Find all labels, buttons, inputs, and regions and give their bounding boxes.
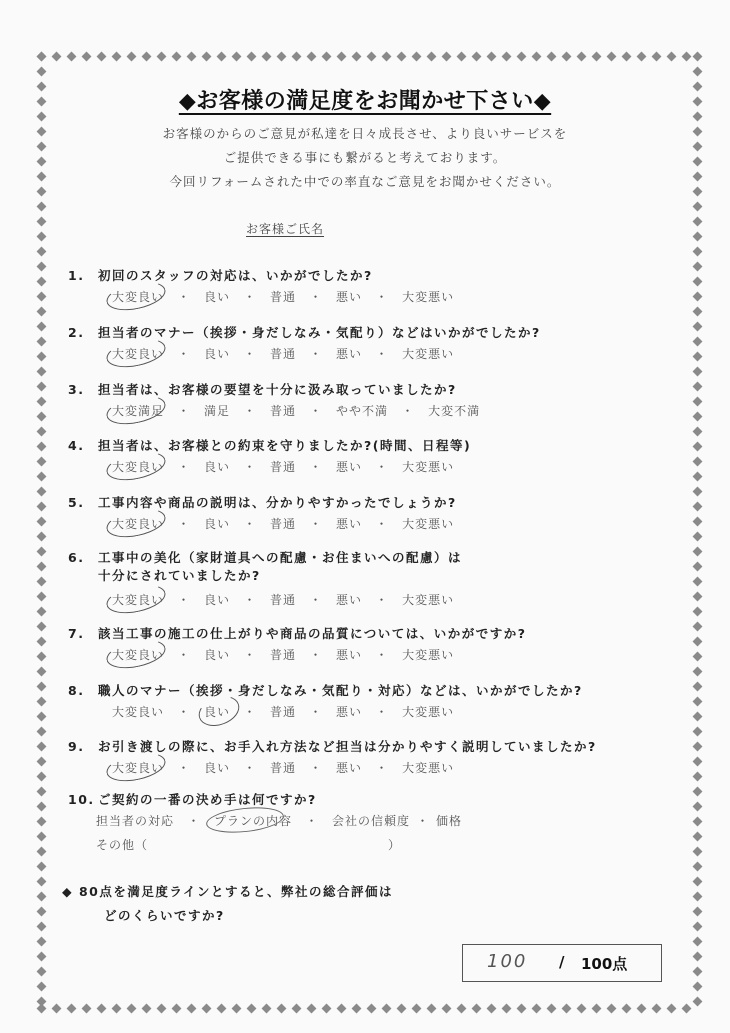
- rating-option[interactable]: 悪い: [336, 458, 362, 475]
- intro-line-1: お客様のからのご意見が私達を日々成長させ、より良いサービスを: [0, 124, 730, 142]
- border-diamond-icon: [693, 412, 703, 422]
- border-diamond-icon: [97, 1004, 107, 1014]
- border-diamond-icon: [592, 1004, 602, 1014]
- border-diamond-icon: [547, 52, 557, 62]
- rating-option[interactable]: 良い: [204, 646, 230, 663]
- rating-option[interactable]: 悪い: [336, 288, 362, 305]
- border-bottom: [34, 1001, 694, 1016]
- separator: ・: [230, 759, 270, 776]
- border-diamond-icon: [352, 1004, 362, 1014]
- rating-option[interactable]: 大変良い: [112, 759, 164, 776]
- separator: ・: [362, 458, 402, 475]
- rating-option[interactable]: 良い: [204, 515, 230, 532]
- border-diamond-icon: [37, 337, 47, 347]
- border-diamond-icon: [367, 1004, 377, 1014]
- border-diamond-icon: [37, 352, 47, 362]
- border-diamond-icon: [37, 757, 47, 767]
- border-diamond-icon: [457, 1004, 467, 1014]
- border-diamond-icon: [37, 547, 47, 557]
- border-top: [34, 49, 694, 64]
- border-diamond-icon: [693, 982, 703, 992]
- question-text: 初回のスタッフの対応は、いかがでしたか?: [98, 268, 373, 283]
- separator: ・: [230, 591, 270, 608]
- rating-option[interactable]: 悪い: [336, 345, 362, 362]
- rating-option[interactable]: 悪い: [336, 703, 362, 720]
- rating-option[interactable]: 大変不満: [428, 402, 480, 419]
- rating-option[interactable]: 普通: [270, 345, 296, 362]
- border-diamond-icon: [37, 697, 47, 707]
- question-3-options: 大変満足・満足・普通・やや不満・大変不満: [112, 402, 480, 419]
- rating-option[interactable]: 普通: [270, 759, 296, 776]
- rating-option[interactable]: 大変良い: [112, 591, 164, 608]
- border-diamond-icon: [277, 1004, 287, 1014]
- border-diamond-icon: [693, 682, 703, 692]
- border-diamond-icon: [693, 217, 703, 227]
- other-close: ）: [388, 836, 401, 853]
- question-number: 4.: [68, 438, 98, 453]
- border-diamond-icon: [37, 577, 47, 587]
- border-diamond-icon: [142, 52, 152, 62]
- border-diamond-icon: [172, 1004, 182, 1014]
- question-10-other: その他（ ）: [96, 836, 401, 853]
- border-diamond-icon: [693, 622, 703, 632]
- separator: ・: [164, 515, 204, 532]
- border-diamond-icon: [82, 52, 92, 62]
- separator: ・: [230, 345, 270, 362]
- border-diamond-icon: [187, 52, 197, 62]
- option-plan-content[interactable]: プランの内容: [214, 812, 292, 829]
- border-diamond-icon: [37, 592, 47, 602]
- border-diamond-icon: [232, 52, 242, 62]
- border-diamond-icon: [307, 52, 317, 62]
- border-diamond-icon: [693, 607, 703, 617]
- border-diamond-icon: [292, 52, 302, 62]
- rating-option[interactable]: 大変良い: [112, 646, 164, 663]
- border-diamond-icon: [693, 397, 703, 407]
- separator: ・: [296, 759, 336, 776]
- rating-option[interactable]: やや不満: [336, 402, 388, 419]
- border-diamond-icon: [693, 562, 703, 572]
- rating-option[interactable]: 良い: [204, 591, 230, 608]
- border-diamond-icon: [232, 1004, 242, 1014]
- question-1-options: 大変良い・良い・普通・悪い・大変悪い: [112, 288, 454, 305]
- border-diamond-icon: [37, 877, 47, 887]
- separator: ・: [296, 345, 336, 362]
- border-diamond-icon: [247, 1004, 257, 1014]
- border-diamond-icon: [693, 997, 703, 1007]
- separator: ・: [164, 402, 204, 419]
- separator: ・: [296, 591, 336, 608]
- page-title: ◆お客様の満足度をお聞かせ下さい◆: [0, 84, 730, 115]
- rating-option[interactable]: 普通: [270, 646, 296, 663]
- border-diamond-icon: [37, 712, 47, 722]
- border-diamond-icon: [693, 262, 703, 272]
- separator: ・: [164, 646, 204, 663]
- border-diamond-icon: [172, 52, 182, 62]
- rating-option[interactable]: 大変満足: [112, 402, 164, 419]
- border-diamond-icon: [37, 997, 47, 1007]
- question-number: 7.: [68, 626, 98, 641]
- question-3: 3.担当者は、お客様の要望を十分に汲み取っていましたか?: [68, 380, 457, 398]
- separator: ・: [296, 288, 336, 305]
- border-diamond-icon: [693, 202, 703, 212]
- question-6: 6.工事中の美化（家財道具への配慮・お住まいへの配慮）は十分にされていましたか?: [68, 548, 462, 584]
- border-diamond-icon: [307, 1004, 317, 1014]
- question-text: 該当工事の施工の仕上がりや商品の品質については、いかがですか?: [98, 626, 527, 641]
- intro-line-3: 今回リフォームされた中での率直なご意見をお聞かせください。: [0, 172, 730, 190]
- border-diamond-icon: [517, 52, 527, 62]
- border-diamond-icon: [322, 52, 332, 62]
- separator: ・: [164, 345, 204, 362]
- separator: ・: [164, 591, 204, 608]
- border-diamond-icon: [442, 1004, 452, 1014]
- rating-option[interactable]: 大変良い: [112, 703, 164, 720]
- separator: ・: [230, 458, 270, 475]
- rating-option[interactable]: 大変良い: [112, 288, 164, 305]
- border-diamond-icon: [693, 817, 703, 827]
- border-diamond-icon: [37, 487, 47, 497]
- score-box: 100 / 100点: [462, 944, 662, 982]
- separator: ・: [164, 759, 204, 776]
- question-8: 8.職人のマナー（挨拶・身だしなみ・気配り・対応）などは、いかがでしたか?: [68, 681, 583, 699]
- border-diamond-icon: [37, 412, 47, 422]
- border-diamond-icon: [693, 922, 703, 932]
- question-number: 10.: [68, 792, 98, 807]
- border-diamond-icon: [693, 502, 703, 512]
- border-diamond-icon: [667, 1004, 677, 1014]
- border-diamond-icon: [693, 652, 703, 662]
- question-8-options: 大変良い・良い・普通・悪い・大変悪い: [112, 703, 454, 720]
- rating-option[interactable]: 満足: [204, 402, 230, 419]
- border-diamond-icon: [37, 457, 47, 467]
- question-4-options: 大変良い・良い・普通・悪い・大変悪い: [112, 458, 454, 475]
- border-diamond-icon: [202, 52, 212, 62]
- rating-option[interactable]: 良い: [204, 703, 230, 720]
- border-diamond-icon: [693, 802, 703, 812]
- border-diamond-icon: [607, 1004, 617, 1014]
- separator: ・: [296, 646, 336, 663]
- border-diamond-icon: [693, 877, 703, 887]
- border-diamond-icon: [472, 52, 482, 62]
- rating-option[interactable]: 良い: [204, 458, 230, 475]
- separator: ・: [362, 345, 402, 362]
- border-diamond-icon: [487, 52, 497, 62]
- border-diamond-icon: [607, 52, 617, 62]
- rating-option[interactable]: 悪い: [336, 591, 362, 608]
- separator: ・: [362, 288, 402, 305]
- border-diamond-icon: [693, 247, 703, 257]
- rating-option[interactable]: 普通: [270, 515, 296, 532]
- border-diamond-icon: [37, 307, 47, 317]
- border-diamond-icon: [693, 322, 703, 332]
- question-text-cont: 十分にされていましたか?: [68, 566, 462, 584]
- rating-option[interactable]: 普通: [270, 591, 296, 608]
- border-diamond-icon: [577, 1004, 587, 1014]
- separator: ・: [388, 402, 428, 419]
- border-diamond-icon: [37, 682, 47, 692]
- border-diamond-icon: [427, 52, 437, 62]
- border-diamond-icon: [37, 817, 47, 827]
- question-text: 担当者は、お客様との約束を守りましたか?(時間、日程等): [98, 438, 471, 453]
- border-diamond-icon: [37, 232, 47, 242]
- border-diamond-icon: [52, 1004, 62, 1014]
- border-diamond-icon: [37, 937, 47, 947]
- separator: ・: [230, 402, 270, 419]
- question-text: お引き渡しの際に、お手入れ方法など担当は分かりやすく説明していましたか?: [98, 739, 597, 754]
- border-diamond-icon: [37, 202, 47, 212]
- rating-option[interactable]: 大変良い: [112, 458, 164, 475]
- question-text: 職人のマナー（挨拶・身だしなみ・気配り・対応）などは、いかがでしたか?: [98, 683, 583, 698]
- border-diamond-icon: [562, 52, 572, 62]
- border-diamond-icon: [693, 892, 703, 902]
- rating-option[interactable]: 大変良い: [112, 515, 164, 532]
- border-diamond-icon: [37, 727, 47, 737]
- border-diamond-icon: [37, 442, 47, 452]
- border-diamond-icon: [67, 52, 77, 62]
- border-diamond-icon: [667, 52, 677, 62]
- border-diamond-icon: [693, 352, 703, 362]
- border-diamond-icon: [37, 472, 47, 482]
- border-diamond-icon: [693, 862, 703, 872]
- border-left: [34, 49, 49, 1009]
- rating-option[interactable]: 大変悪い: [402, 515, 454, 532]
- border-right: [690, 49, 705, 1009]
- rating-option[interactable]: 良い: [204, 759, 230, 776]
- border-diamond-icon: [157, 52, 167, 62]
- border-diamond-icon: [693, 427, 703, 437]
- border-diamond-icon: [693, 697, 703, 707]
- border-diamond-icon: [693, 67, 703, 77]
- border-diamond-icon: [37, 397, 47, 407]
- border-diamond-icon: [693, 952, 703, 962]
- border-diamond-icon: [427, 1004, 437, 1014]
- border-diamond-icon: [37, 427, 47, 437]
- question-number: 8.: [68, 683, 98, 698]
- border-diamond-icon: [37, 292, 47, 302]
- border-diamond-icon: [37, 607, 47, 617]
- score-total: 100点: [581, 953, 627, 974]
- border-diamond-icon: [382, 1004, 392, 1014]
- border-diamond-icon: [652, 52, 662, 62]
- rating-option[interactable]: 普通: [270, 703, 296, 720]
- rating-option[interactable]: 普通: [270, 288, 296, 305]
- border-diamond-icon: [693, 967, 703, 977]
- border-diamond-icon: [693, 367, 703, 377]
- border-diamond-icon: [693, 577, 703, 587]
- border-diamond-icon: [412, 52, 422, 62]
- border-diamond-icon: [37, 277, 47, 287]
- page-title-text: ◆お客様の満足度をお聞かせ下さい◆: [179, 89, 551, 114]
- option-company-trust[interactable]: 会社の信頼度: [332, 812, 410, 829]
- border-diamond-icon: [693, 472, 703, 482]
- border-diamond-icon: [693, 337, 703, 347]
- score-value[interactable]: 100: [487, 951, 527, 972]
- border-diamond-icon: [562, 1004, 572, 1014]
- score-slash: /: [559, 953, 564, 971]
- border-diamond-icon: [37, 847, 47, 857]
- separator: ・: [362, 591, 402, 608]
- border-diamond-icon: [457, 52, 467, 62]
- border-diamond-icon: [37, 742, 47, 752]
- rating-option[interactable]: 大変悪い: [402, 759, 454, 776]
- border-diamond-icon: [217, 1004, 227, 1014]
- border-diamond-icon: [37, 967, 47, 977]
- border-diamond-icon: [322, 1004, 332, 1014]
- border-diamond-icon: [37, 247, 47, 257]
- border-diamond-icon: [693, 772, 703, 782]
- border-diamond-icon: [37, 907, 47, 917]
- border-diamond-icon: [487, 1004, 497, 1014]
- border-diamond-icon: [693, 532, 703, 542]
- border-diamond-icon: [577, 52, 587, 62]
- question-text: 担当者は、お客様の要望を十分に汲み取っていましたか?: [98, 382, 457, 397]
- separator: ・: [230, 288, 270, 305]
- border-diamond-icon: [693, 937, 703, 947]
- border-diamond-icon: [112, 52, 122, 62]
- border-diamond-icon: [532, 1004, 542, 1014]
- border-diamond-icon: [693, 787, 703, 797]
- border-diamond-icon: [262, 52, 272, 62]
- border-diamond-icon: [693, 457, 703, 467]
- final-question-line-2: どのくらいですか?: [104, 906, 225, 924]
- other-input[interactable]: [148, 836, 388, 853]
- border-diamond-icon: [367, 52, 377, 62]
- separator: ・: [362, 646, 402, 663]
- border-diamond-icon: [52, 52, 62, 62]
- separator: ・: [164, 458, 204, 475]
- border-diamond-icon: [693, 277, 703, 287]
- border-diamond-icon: [693, 742, 703, 752]
- border-diamond-icon: [352, 52, 362, 62]
- border-diamond-icon: [37, 667, 47, 677]
- border-diamond-icon: [67, 1004, 77, 1014]
- rating-option[interactable]: 普通: [270, 402, 296, 419]
- other-label: その他（: [96, 836, 148, 853]
- border-diamond-icon: [693, 637, 703, 647]
- separator: ・: [362, 703, 402, 720]
- option-staff-response[interactable]: 担当者の対応: [96, 812, 174, 829]
- border-diamond-icon: [693, 727, 703, 737]
- question-5-options: 大変良い・良い・普通・悪い・大変悪い: [112, 515, 454, 532]
- border-diamond-icon: [37, 952, 47, 962]
- separator: ・: [410, 812, 436, 829]
- border-diamond-icon: [693, 442, 703, 452]
- rating-option[interactable]: 大変良い: [112, 345, 164, 362]
- border-diamond-icon: [37, 772, 47, 782]
- border-diamond-icon: [37, 832, 47, 842]
- border-diamond-icon: [693, 307, 703, 317]
- rating-option[interactable]: 悪い: [336, 759, 362, 776]
- border-diamond-icon: [202, 1004, 212, 1014]
- border-diamond-icon: [37, 892, 47, 902]
- border-diamond-icon: [502, 52, 512, 62]
- border-diamond-icon: [37, 502, 47, 512]
- question-7: 7.該当工事の施工の仕上がりや商品の品質については、いかがですか?: [68, 624, 527, 642]
- border-diamond-icon: [292, 1004, 302, 1014]
- question-text: ご契約の一番の決め手は何ですか?: [98, 792, 317, 807]
- border-diamond-icon: [37, 67, 47, 77]
- question-9-options: 大変良い・良い・普通・悪い・大変悪い: [112, 759, 454, 776]
- border-diamond-icon: [693, 757, 703, 767]
- border-diamond-icon: [693, 547, 703, 557]
- border-diamond-icon: [693, 382, 703, 392]
- border-diamond-icon: [547, 1004, 557, 1014]
- rating-option[interactable]: 大変悪い: [402, 646, 454, 663]
- border-diamond-icon: [127, 52, 137, 62]
- question-7-options: 大変良い・良い・普通・悪い・大変悪い: [112, 646, 454, 663]
- separator: ・: [230, 646, 270, 663]
- rating-option[interactable]: 普通: [270, 458, 296, 475]
- border-diamond-icon: [37, 802, 47, 812]
- border-diamond-icon: [693, 847, 703, 857]
- border-diamond-icon: [127, 1004, 137, 1014]
- customer-name-label: お客様ご氏名: [246, 220, 324, 237]
- border-diamond-icon: [397, 52, 407, 62]
- rating-option[interactable]: 大変悪い: [402, 345, 454, 362]
- rating-option[interactable]: 大変悪い: [402, 703, 454, 720]
- border-diamond-icon: [442, 52, 452, 62]
- rating-option[interactable]: 大変悪い: [402, 458, 454, 475]
- question-number: 1.: [68, 268, 98, 283]
- border-diamond-icon: [37, 262, 47, 272]
- option-price[interactable]: 価格: [436, 812, 462, 829]
- border-diamond-icon: [37, 52, 47, 62]
- question-5: 5.工事内容や商品の説明は、分かりやすかったでしょうか?: [68, 493, 457, 511]
- border-diamond-icon: [637, 52, 647, 62]
- border-diamond-icon: [37, 217, 47, 227]
- intro-line-2: ご提供できる事にも繋がると考えております。: [0, 148, 730, 166]
- border-diamond-icon: [37, 922, 47, 932]
- border-diamond-icon: [693, 832, 703, 842]
- border-diamond-icon: [187, 1004, 197, 1014]
- separator: ・: [296, 458, 336, 475]
- rating-option[interactable]: 良い: [204, 345, 230, 362]
- question-number: 5.: [68, 495, 98, 510]
- question-number: 3.: [68, 382, 98, 397]
- border-diamond-icon: [97, 52, 107, 62]
- rating-option[interactable]: 良い: [204, 288, 230, 305]
- border-diamond-icon: [37, 562, 47, 572]
- border-diamond-icon: [337, 1004, 347, 1014]
- border-diamond-icon: [412, 1004, 422, 1014]
- border-diamond-icon: [37, 322, 47, 332]
- border-diamond-icon: [693, 232, 703, 242]
- rating-option[interactable]: 悪い: [336, 646, 362, 663]
- rating-option[interactable]: 大変悪い: [402, 288, 454, 305]
- border-diamond-icon: [693, 52, 703, 62]
- border-diamond-icon: [37, 622, 47, 632]
- question-number: 9.: [68, 739, 98, 754]
- border-diamond-icon: [262, 1004, 272, 1014]
- border-diamond-icon: [37, 637, 47, 647]
- border-diamond-icon: [112, 1004, 122, 1014]
- border-diamond-icon: [693, 667, 703, 677]
- border-diamond-icon: [517, 1004, 527, 1014]
- rating-option[interactable]: 大変悪い: [402, 591, 454, 608]
- border-diamond-icon: [592, 52, 602, 62]
- question-text: 工事内容や商品の説明は、分かりやすかったでしょうか?: [98, 495, 457, 510]
- border-diamond-icon: [37, 787, 47, 797]
- border-diamond-icon: [397, 1004, 407, 1014]
- border-diamond-icon: [142, 1004, 152, 1014]
- border-diamond-icon: [82, 1004, 92, 1014]
- separator: ・: [296, 515, 336, 532]
- border-diamond-icon: [157, 1004, 167, 1014]
- rating-option[interactable]: 悪い: [336, 515, 362, 532]
- border-diamond-icon: [217, 52, 227, 62]
- border-diamond-icon: [37, 382, 47, 392]
- border-diamond-icon: [37, 532, 47, 542]
